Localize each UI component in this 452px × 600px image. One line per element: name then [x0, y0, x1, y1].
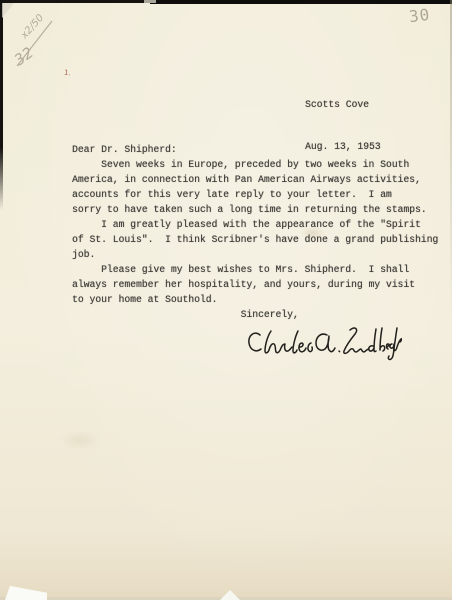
- signature-stroke: [344, 328, 394, 359]
- signature-stroke: [394, 328, 402, 351]
- pencil-fraction-text: x2/50: [18, 13, 46, 42]
- scan-edge-top-gap: [144, 0, 156, 3]
- scan-edge-left: [0, 0, 3, 210]
- letter-body: Dear Dr. Shipherd: Seven weeks in Europe…: [72, 142, 438, 322]
- scan-edge-top-left: [0, 0, 150, 3]
- paper-stain: [60, 430, 100, 450]
- dateline-place: Scotts Cove: [305, 98, 381, 112]
- scanned-letter-page: x2/50 32 30 1. Scotts Cove Aug. 13, 1953…: [0, 0, 452, 600]
- scan-edge-top-right: [150, 0, 452, 4]
- signature-stroke: [316, 334, 340, 352]
- signature-stroke: [265, 331, 312, 353]
- signature-charles-lindbergh: [246, 324, 402, 364]
- pencil-number-text: 32: [12, 43, 37, 69]
- red-ink-speck: 1.: [63, 69, 71, 78]
- pencil-note-topleft: x2/50 32: [12, 12, 68, 72]
- paper-corner-notch: [5, 584, 47, 600]
- signature-stroke: [249, 333, 261, 351]
- paper-bottom-notch: [220, 590, 240, 600]
- page-number-pencil: 30: [408, 5, 431, 26]
